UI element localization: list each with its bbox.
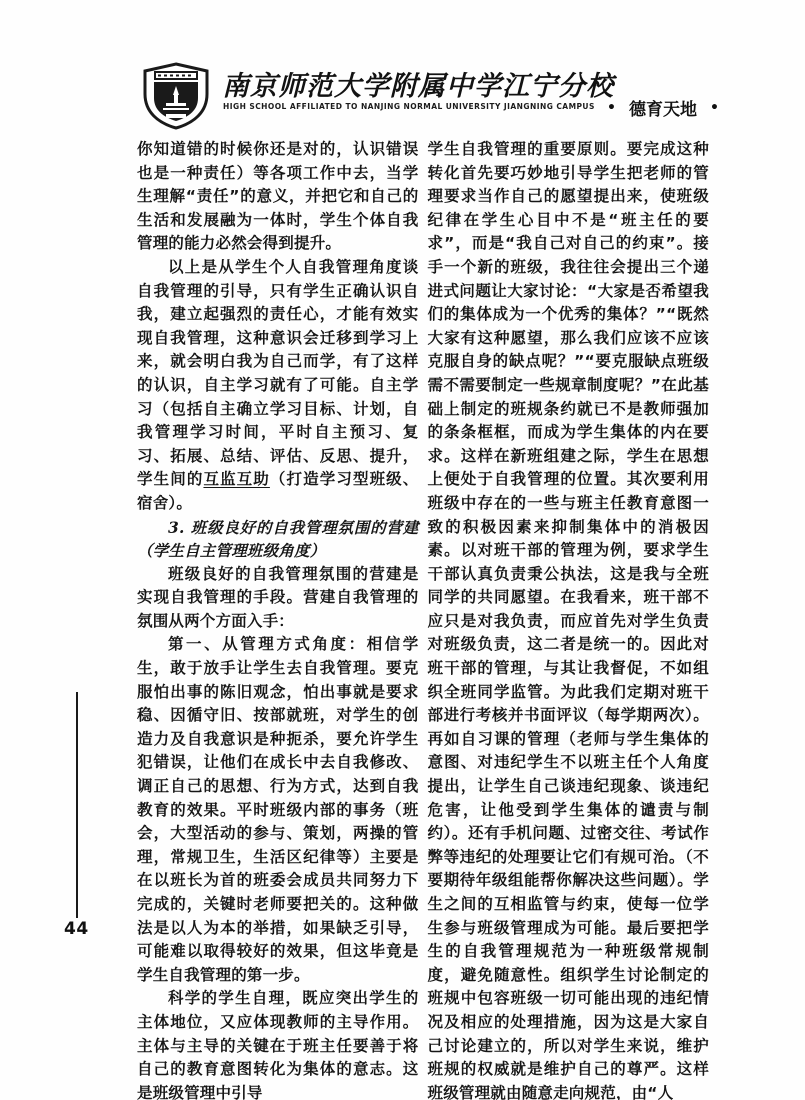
paragraph: 班级良好的自我管理氛围的营建是实现自我管理的手段。营建自我管理的氛围从两个方面入… bbox=[137, 563, 419, 634]
margin-rule bbox=[76, 692, 78, 918]
document-page: 南京师范大学附属中学江宁分校 HIGH SCHOOL AFFILIATED TO… bbox=[0, 0, 805, 1100]
section-heading: 3. 班级良好的自我管理氛围的营建（学生自主管理班级角度） bbox=[137, 516, 419, 563]
left-column: 你知道错的时候你还是对的，认识错误也是一种责任）等各项工作中去，当学生理解“责任… bbox=[137, 138, 419, 1100]
paragraph-text: 以上是从学生个人自我管理角度谈自我管理的引导，只有学生正确认识自我，建立起强烈的… bbox=[137, 258, 419, 488]
right-column: 学生自我管理的重要原则。要完成这种转化首先要巧妙地引导学生把老师的管理要求当作自… bbox=[428, 138, 710, 1100]
bullet-icon: • bbox=[710, 101, 719, 115]
paragraph: 学生自我管理的重要原则。要完成这种转化首先要巧妙地引导学生把老师的管理要求当作自… bbox=[428, 138, 710, 1100]
paragraph: 科学的学生自理，既应突出学生的主体地位，又应体现教师的主导作用。主体与主导的关键… bbox=[137, 987, 419, 1100]
section-marker-label: 德育天地 bbox=[629, 95, 697, 120]
page-number: 44 bbox=[64, 919, 89, 939]
paragraph: 你知道错的时候你还是对的，认识错误也是一种责任）等各项工作中去，当学生理解“责任… bbox=[137, 138, 419, 256]
underlined-text: 互监互助 bbox=[203, 470, 269, 488]
paragraph: 以上是从学生个人自我管理角度谈自我管理的引导，只有学生正确认识自我，建立起强烈的… bbox=[137, 256, 419, 516]
bullet-icon: • bbox=[607, 101, 616, 115]
text-columns: 你知道错的时候你还是对的，认识错误也是一种责任）等各项工作中去，当学生理解“责任… bbox=[137, 138, 709, 1100]
section-marker: • 德育天地 • bbox=[598, 95, 728, 120]
school-crest-icon bbox=[140, 62, 212, 130]
school-name-english: HIGH SCHOOL AFFILIATED TO NANJING NORMAL… bbox=[223, 102, 595, 111]
paragraph: 第一、从管理方式角度：相信学生，敢于放手让学生去自我管理。要克服怕出事的陈旧观念… bbox=[137, 633, 419, 987]
school-name: 南京师范大学附属中学江宁分校 bbox=[222, 64, 602, 103]
